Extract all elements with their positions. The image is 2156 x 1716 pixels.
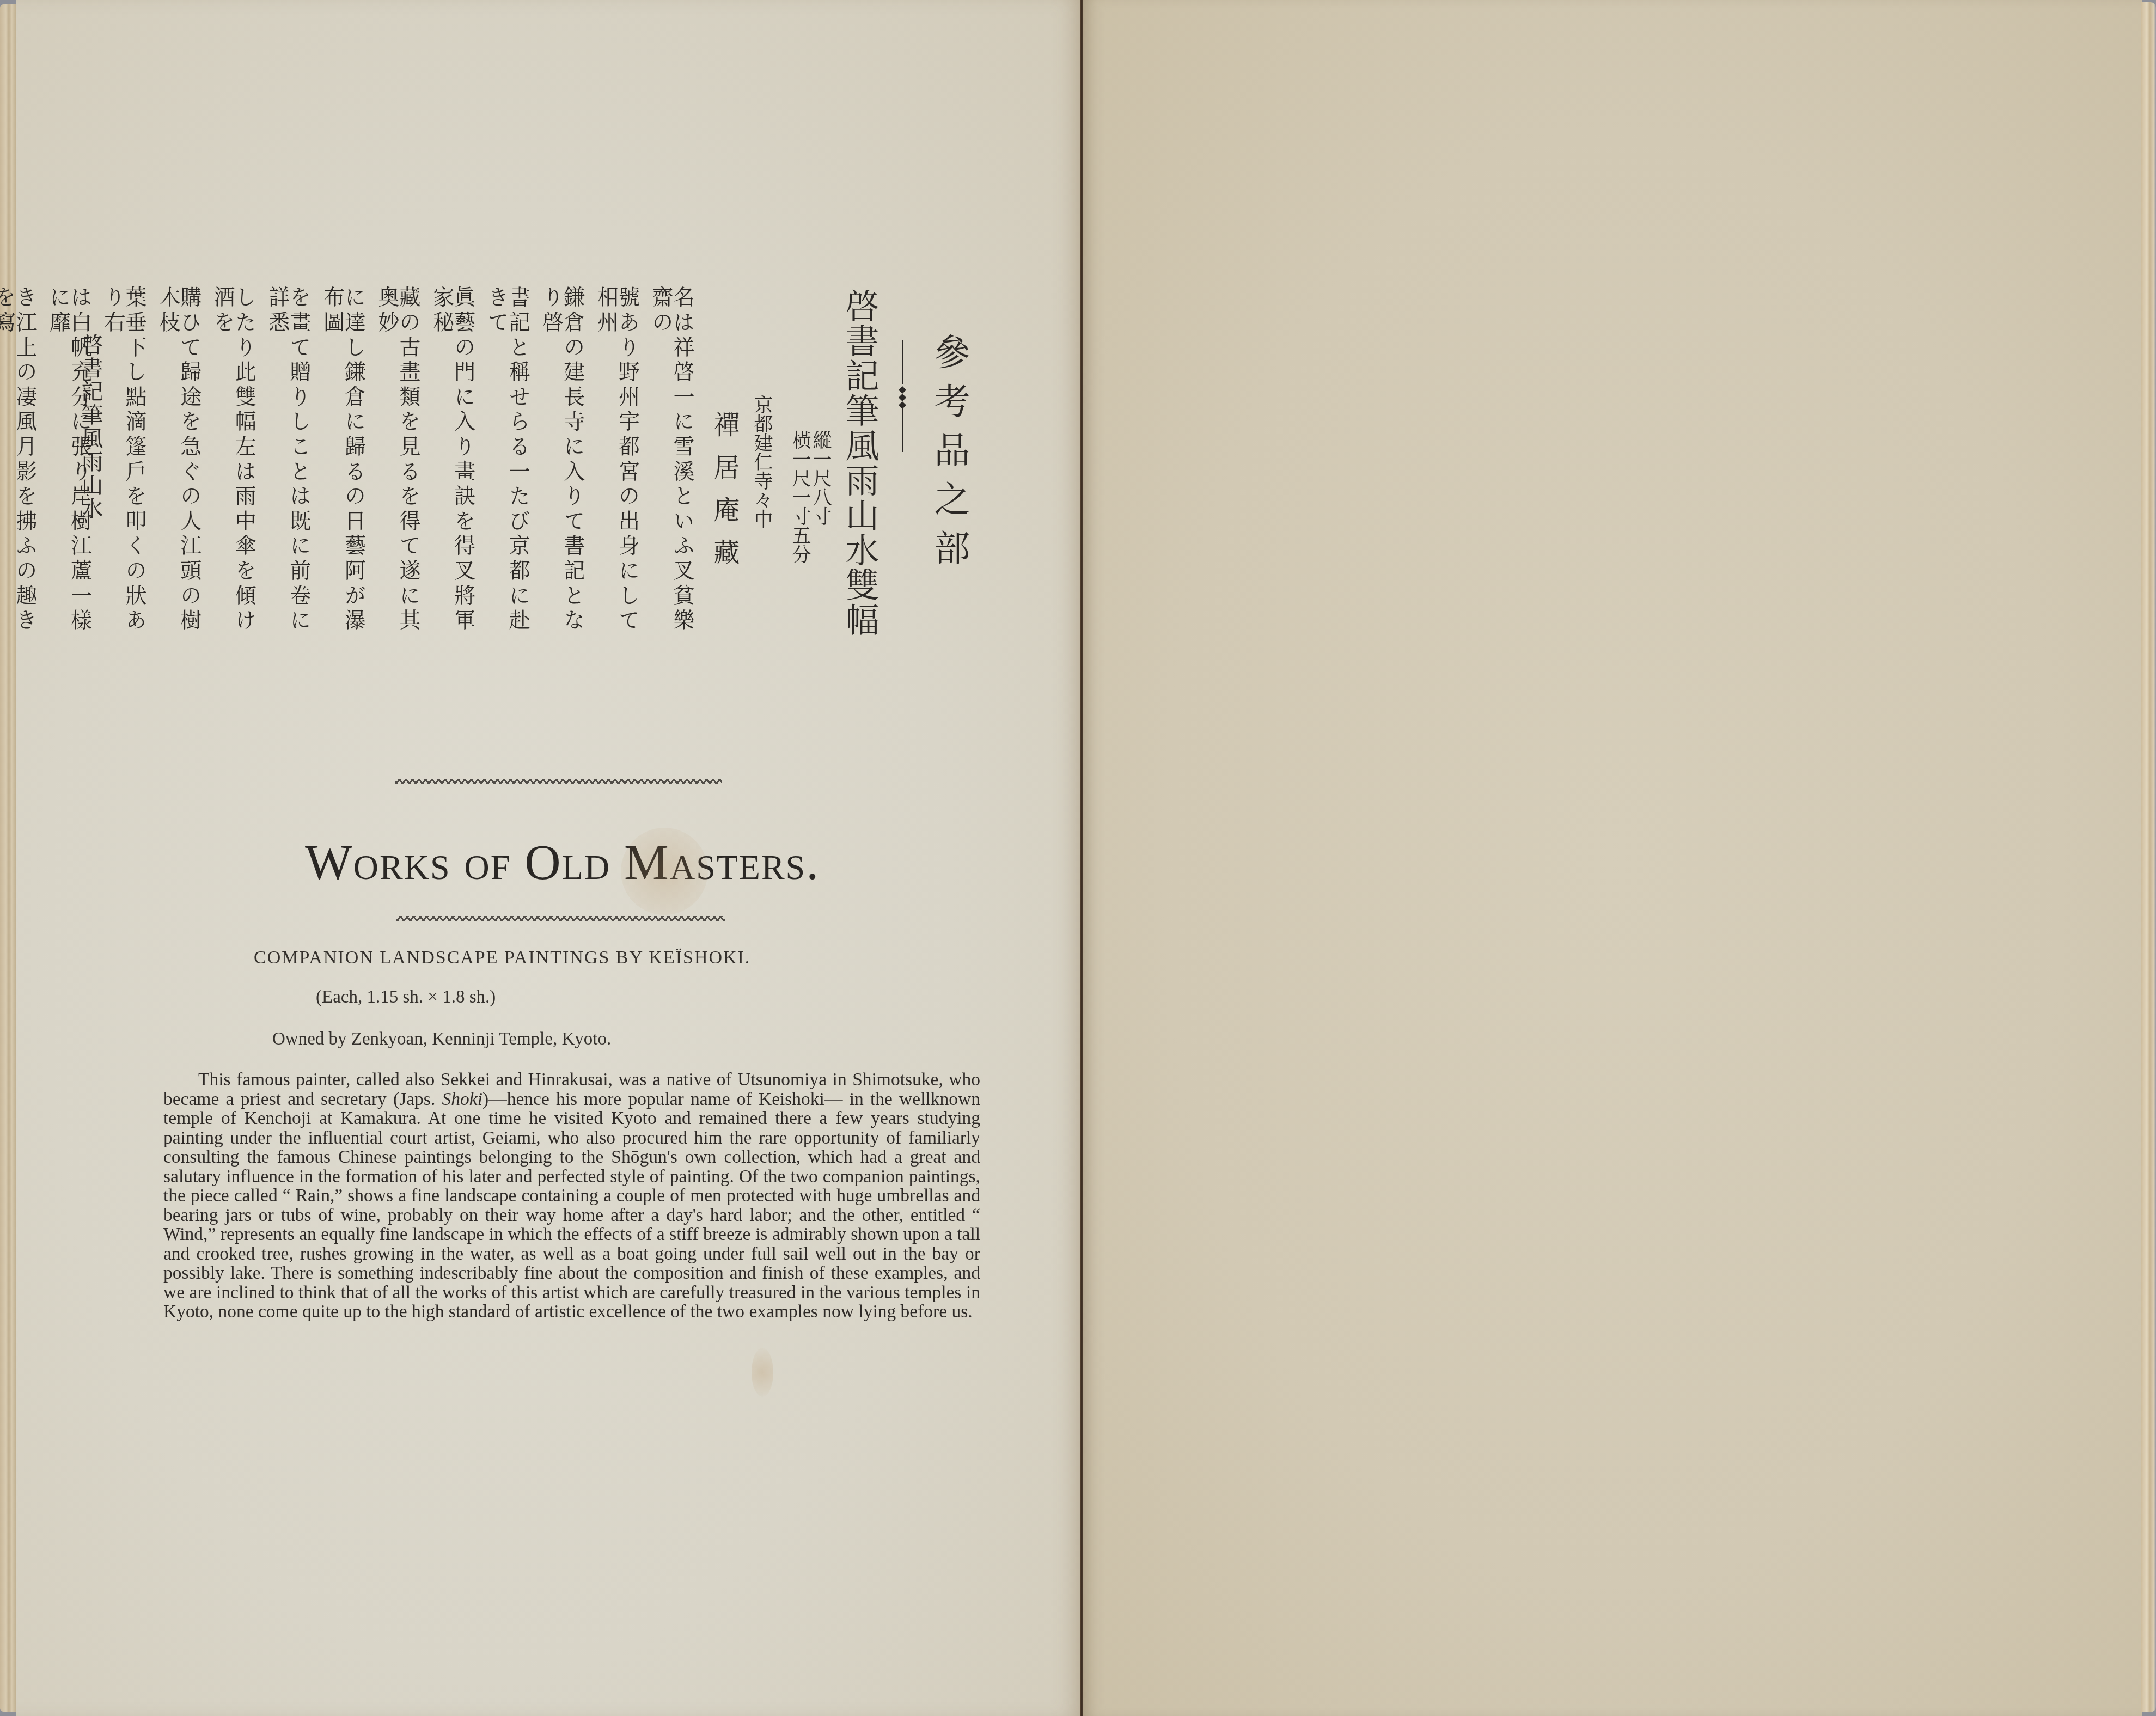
english-dimensions: (Each, 1.15 sh. × 1.8 sh.) (316, 987, 496, 1007)
owner-name: 禪居庵藏 (711, 411, 738, 581)
body-column: 藏の古畫類を見るを得て遂に其奥妙 (376, 286, 419, 645)
body-column: に達し鎌倉に歸るの日藝阿が瀑布圖 (321, 286, 364, 645)
dimension-height: 縱一尺八寸 (810, 430, 831, 526)
right-page-blank (1083, 0, 2142, 1716)
body-column: き江上の凄風月影を拂ふの趣きを寫 (0, 286, 35, 645)
body-column: したり此雙幅左は雨中傘を傾け酒を (212, 286, 254, 645)
body-column: 名は祥啓一に雪溪といふ叉貧樂齋の (650, 286, 693, 645)
body-column: 眞藝の門に入り畫訣を得叉將軍家秘 (431, 286, 474, 645)
right-page-edges (2141, 2, 2156, 1712)
body-column: 鎌倉の建長寺に入りて書記となり啓 (541, 286, 583, 645)
foxing-stain (752, 1348, 773, 1397)
book-spread: 啓書記筆風雨山水 參考品之部 啓書記筆風雨山水雙幅 縱一尺八寸 橫一尺一寸五分 … (0, 0, 2156, 1716)
body-column: は白帆充分に張り岸樹江蘆一樣に靡 (47, 286, 90, 645)
japanese-body-text: 名は祥啓一に雪溪といふ叉貧樂齋の 號あり野州宇都宮の出身にして相州 鎌倉の建長寺… (154, 286, 693, 645)
owner-location: 京都建仁寺々中 (752, 395, 772, 528)
english-owner: Owned by Zenkyoan, Kenninji Temple, Kyot… (272, 1029, 611, 1049)
ornamental-rule (902, 340, 904, 452)
body-column: 書記と稱せらる一たび京都に赴きて (486, 286, 528, 645)
body-column: を畫て贈りしことは既に前卷に詳悉 (267, 286, 309, 645)
english-paragraph: This famous painter, called also Sekkei … (163, 1070, 980, 1322)
item-title: 啓書記筆風雨山水雙幅 (841, 289, 877, 637)
english-body-text: This famous painter, called also Sekkei … (163, 1070, 980, 1322)
wavy-rule-top (395, 778, 722, 785)
wavy-rule-bottom (396, 915, 725, 923)
english-title: Works of Old Masters. (305, 833, 877, 891)
dimension-width: 橫一尺一寸五分 (790, 430, 810, 564)
foxing-stain (621, 828, 708, 915)
body-column: 購ひて歸途を急ぐの人江頭の樹木枝 (157, 286, 200, 645)
english-subtitle: COMPANION LANDSCAPE PAINTINGS BY KEÏSHOK… (254, 948, 1016, 968)
body-column: 葉垂下し點滴篷戶を叩くの狀あり右 (102, 286, 145, 645)
section-heading: 參考品之部 (923, 333, 975, 578)
body-column: 號あり野州宇都宮の出身にして相州 (595, 286, 638, 645)
